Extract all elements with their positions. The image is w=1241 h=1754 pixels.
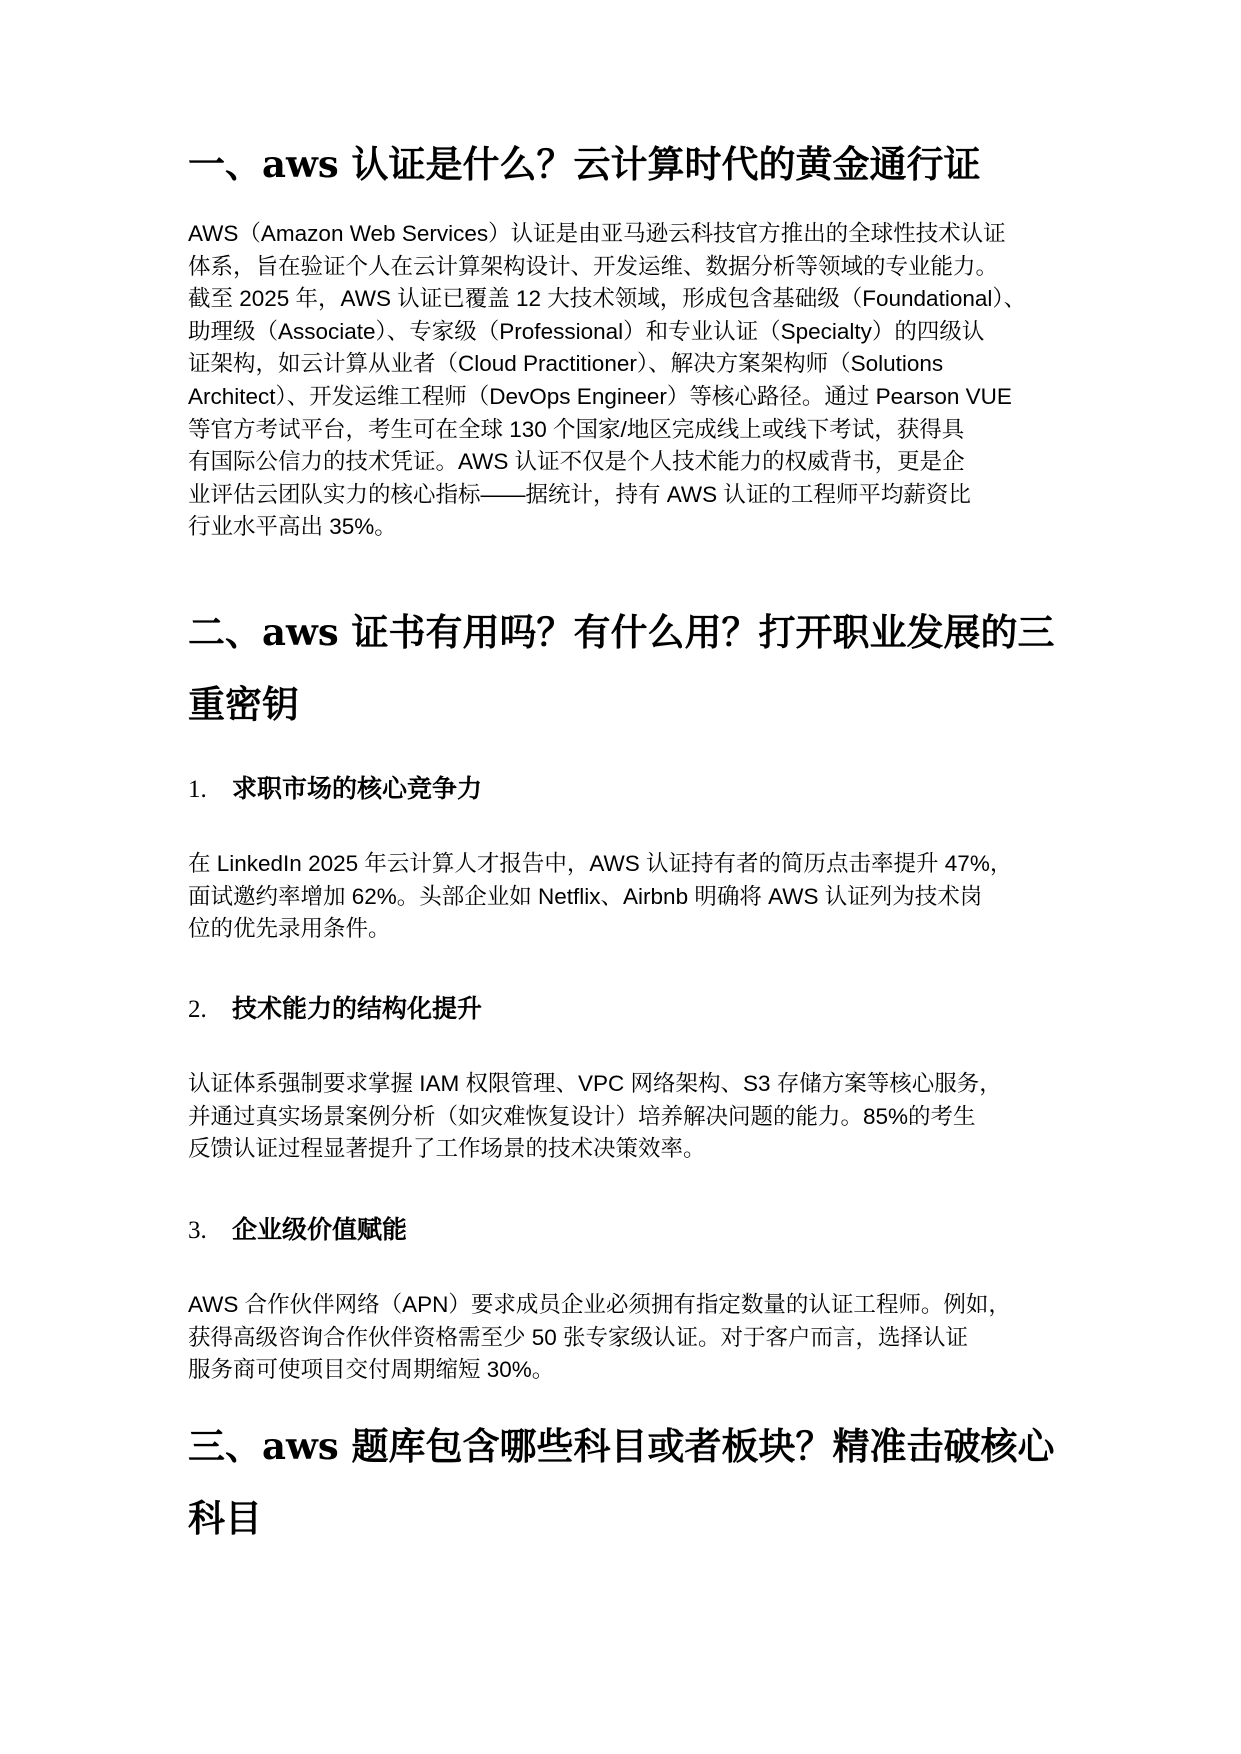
paragraph-line: 在 LinkedIn 2025 年云计算人才报告中，AWS 认证持有者的简历点击…	[188, 848, 1068, 881]
section-1-paragraph: AWS（Amazon Web Services）认证是由亚马逊云科技官方推出的全…	[188, 218, 1068, 544]
section-3-heading: 三、aws 题库包含哪些科目或者板块？精准击破核心 科目	[188, 1410, 1055, 1554]
paragraph-line: 体系，旨在验证个人在云计算架构设计、开发运维、数据分析等领域的专业能力。	[188, 251, 1068, 284]
heading-line: 重密钥	[188, 668, 1055, 740]
paragraph-line: Architect）、开发运维工程师（DevOps Engineer）等核心路径…	[188, 381, 1068, 414]
heading-line: 二、aws 证书有用吗？有什么用？打开职业发展的三	[188, 596, 1055, 668]
subsection-title: 技术能力的结构化提升	[232, 994, 482, 1023]
subsection-number: 2.	[188, 993, 232, 1027]
paragraph-line: 反馈认证过程显著提升了工作场景的技术决策效率。	[188, 1133, 1068, 1166]
paragraph-line: 有国际公信力的技术凭证。AWS 认证不仅是个人技术能力的权威背书，更是企	[188, 446, 1068, 479]
paragraph-line: 位的优先录用条件。	[188, 913, 1068, 946]
paragraph-line: 等官方考试平台，考生可在全球 130 个国家/地区完成线上或线下考试，获得具	[188, 414, 1068, 447]
paragraph-line: 认证体系强制要求掌握 IAM 权限管理、VPC 网络架构、S3 存储方案等核心服…	[188, 1068, 1068, 1101]
subsection-2-heading: 2.技术能力的结构化提升	[188, 992, 482, 1027]
subsection-number: 1.	[188, 773, 232, 807]
paragraph-line: 行业水平高出 35%。	[188, 511, 1068, 544]
heading-line: 科目	[188, 1482, 1055, 1554]
subsection-2-paragraph: 认证体系强制要求掌握 IAM 权限管理、VPC 网络架构、S3 存储方案等核心服…	[188, 1068, 1068, 1166]
subsection-3-paragraph: AWS 合作伙伴网络（APN）要求成员企业必须拥有指定数量的认证工程师。例如， …	[188, 1289, 1068, 1387]
subsection-title: 求职市场的核心竞争力	[232, 774, 482, 803]
paragraph-line: 业评估云团队实力的核心指标——据统计，持有 AWS 认证的工程师平均薪资比	[188, 479, 1068, 512]
paragraph-line: 获得高级咨询合作伙伴资格需至少 50 张专家级认证。对于客户而言，选择认证	[188, 1322, 1068, 1355]
heading-line: 一、aws 认证是什么？云计算时代的黄金通行证	[188, 128, 981, 200]
subsection-title: 企业级价值赋能	[232, 1215, 407, 1244]
paragraph-line: 助理级（Associate）、专家级（Professional）和专业认证（Sp…	[188, 316, 1068, 349]
subsection-number: 3.	[188, 1214, 232, 1248]
section-1-heading: 一、aws 认证是什么？云计算时代的黄金通行证	[188, 128, 981, 200]
document-page: 一、aws 认证是什么？云计算时代的黄金通行证 AWS（Amazon Web S…	[0, 0, 1241, 1754]
paragraph-line: 服务商可使项目交付周期缩短 30%。	[188, 1354, 1068, 1387]
subsection-1-heading: 1.求职市场的核心竞争力	[188, 772, 482, 807]
paragraph-line: AWS（Amazon Web Services）认证是由亚马逊云科技官方推出的全…	[188, 218, 1068, 251]
heading-line: 三、aws 题库包含哪些科目或者板块？精准击破核心	[188, 1410, 1055, 1482]
paragraph-line: 证架构，如云计算从业者（Cloud Practitioner）、解决方案架构师（…	[188, 348, 1068, 381]
subsection-3-heading: 3.企业级价值赋能	[188, 1213, 407, 1248]
section-2-heading: 二、aws 证书有用吗？有什么用？打开职业发展的三 重密钥	[188, 596, 1055, 740]
paragraph-line: 截至 2025 年，AWS 认证已覆盖 12 大技术领域，形成包含基础级（Fou…	[188, 283, 1068, 316]
paragraph-line: 面试邀约率增加 62%。头部企业如 Netflix、Airbnb 明确将 AWS…	[188, 881, 1068, 914]
paragraph-line: AWS 合作伙伴网络（APN）要求成员企业必须拥有指定数量的认证工程师。例如，	[188, 1289, 1068, 1322]
subsection-1-paragraph: 在 LinkedIn 2025 年云计算人才报告中，AWS 认证持有者的简历点击…	[188, 848, 1068, 946]
paragraph-line: 并通过真实场景案例分析（如灾难恢复设计）培养解决问题的能力。85%的考生	[188, 1101, 1068, 1134]
